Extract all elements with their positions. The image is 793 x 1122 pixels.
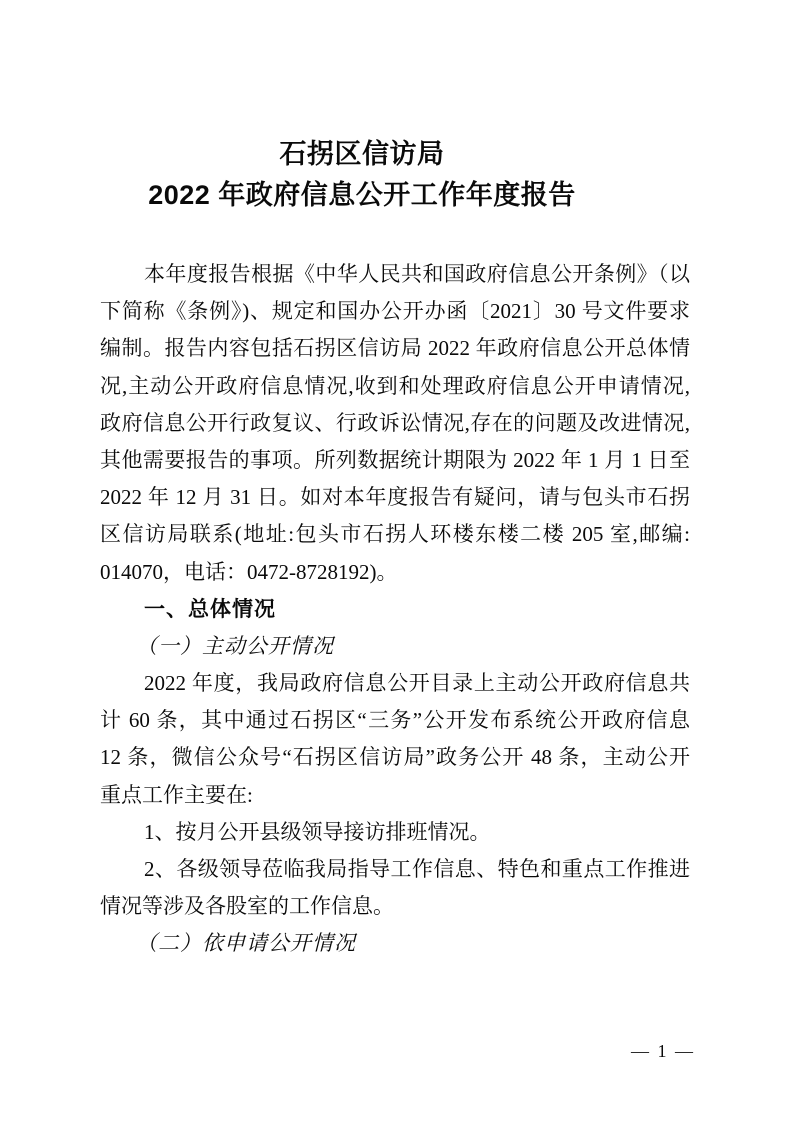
body-line: 区信访局联系(地址:包头市石拐人环楼东楼二楼 205 室,邮编: (100, 516, 690, 553)
body-line: 情况等涉及各股室的工作信息。 (100, 888, 690, 925)
body-line: 下简称《条例》)、规定和国办公开办函〔2021〕30 号文件要求 (100, 293, 690, 330)
title-line-1: 石拐区信访局 (67, 134, 657, 175)
list-item-line: 1、按月公开县级领导接访排班情况。 (100, 814, 690, 851)
document-page: 石拐区信访局 2022 年政府信息公开工作年度报告 本年度报告根据《中华人民共和… (0, 0, 793, 1122)
body-line: 其他需要报告的事项。所列数据统计期限为 2022 年 1 月 1 日至 (100, 442, 690, 479)
body-line: 编制。报告内容包括石拐区信访局 2022 年政府信息公开总体情 (100, 330, 690, 367)
document-title: 石拐区信访局 2022 年政府信息公开工作年度报告 (67, 134, 657, 216)
body-line: 2022 年度，我局政府信息公开目录上主动公开政府信息共 (100, 665, 690, 702)
title-line-2: 2022 年政府信息公开工作年度报告 (67, 175, 657, 216)
body-line: 重点工作主要在: (100, 777, 690, 814)
document-body: 本年度报告根据《中华人民共和国政府信息公开条例》（以 下简称《条例》)、规定和国… (100, 256, 690, 963)
body-line: 计 60 条，其中通过石拐区“三务”公开发布系统公开政府信息 (100, 702, 690, 739)
page-number: — 1 — (100, 1040, 695, 1062)
section-heading: 一、总体情况 (100, 591, 690, 628)
body-line: 014070，电话：0472-8728192)。 (100, 554, 690, 591)
subsection-heading: （二）依申请公开情况 (100, 925, 690, 962)
body-line: 政府信息公开行政复议、行政诉讼情况,存在的问题及改进情况, (100, 405, 690, 442)
list-item-line: 2、各级领导莅临我局指导工作信息、特色和重点工作推进 (100, 851, 690, 888)
body-line: 本年度报告根据《中华人民共和国政府信息公开条例》（以 (100, 256, 690, 293)
body-line: 2022 年 12 月 31 日。如对本年度报告有疑问，请与包头市石拐 (100, 479, 690, 516)
subsection-heading: （一）主动公开情况 (100, 628, 690, 665)
body-line: 12 条，微信公众号“石拐区信访局”政务公开 48 条，主动公开 (100, 739, 690, 776)
body-line: 况,主动公开政府信息情况,收到和处理政府信息公开申请情况, (100, 368, 690, 405)
